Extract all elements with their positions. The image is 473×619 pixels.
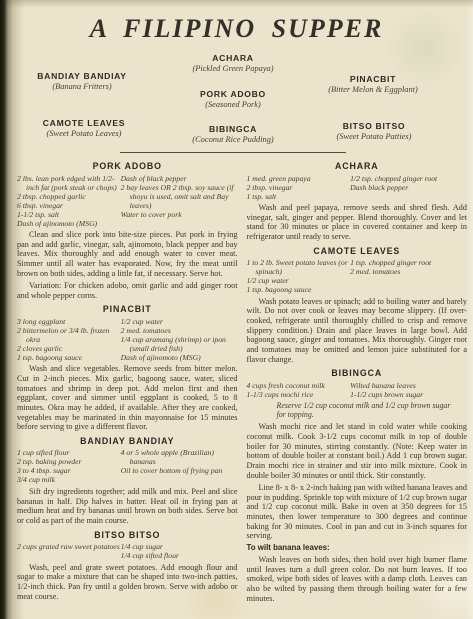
recipe-achara: ACHARA 1 med. green papaya 2 tbsp. vineg… <box>247 161 468 242</box>
recipe-title: PORK ADOBO <box>17 161 238 171</box>
recipe-title: ACHARA <box>247 161 468 171</box>
recipe-bitso-bitso: BITSO BITSO 2 cups grated raw sweet pota… <box>17 530 238 602</box>
ingredient-item: 1-1/2 cups brown sugar <box>350 390 467 399</box>
menu-dish-name: PORK ADOBO <box>200 89 266 99</box>
ingredient-item: 6 tbsp. vinegar <box>17 201 121 210</box>
ingredient-item: 2 lbs. lean pork edged with 1/2-inch fat… <box>17 174 121 192</box>
menu-dish-name: PINACBIT <box>328 74 418 84</box>
recipe-title: PINACBIT <box>17 304 238 314</box>
menu-dish-name: BITSO BITSO <box>337 121 412 131</box>
ingredient-item: 1/4 cup sifted flour <box>121 551 238 560</box>
ingredient-item: 1-1/2 tsp. salt <box>17 210 121 219</box>
ingredient-item: 3/4 cup milk <box>17 475 121 484</box>
menu-dish-subtitle: (Sweet Potato Patties) <box>337 132 412 141</box>
ingredient-item: 4 or 5 whole apple (Brazilian) bananas <box>121 448 238 466</box>
ingredient-item: 2 cloves garlic <box>17 344 121 353</box>
recipe-instructions: Wash, peel and grate sweet potatoes. Add… <box>17 563 238 602</box>
recipe-pork-adobo: PORK ADOBO 2 lbs. lean pork edged with 1… <box>17 161 238 300</box>
recipe-title: BIBINGCA <box>247 368 468 378</box>
ingredient-item: 1-1/3 cups mochi rice <box>247 390 351 399</box>
ingredient-item: 1 tsp. chopped ginger root <box>350 258 467 267</box>
ingredient-item: 2 tsp. baking powder <box>17 457 121 466</box>
ingredient-lists: 2 lbs. lean pork edged with 1/2-inch fat… <box>17 174 238 228</box>
recipe-note: Reserve 1/2 cup coconut milk and 1/2 cup… <box>277 401 460 420</box>
menu-divider <box>120 152 346 153</box>
ingredient-lists: 1 med. green papaya 2 tbsp. vinegar 1 ts… <box>247 174 468 201</box>
menu-dish-name: BANDIAY BANDIAY <box>37 71 126 81</box>
menu-dish-subtitle: (Coconut Rice Pudding) <box>192 135 273 144</box>
page-header: A FILIPINO SUPPER <box>0 14 473 44</box>
recipe-instructions: Clean and slice pork into bite-size piec… <box>17 230 238 278</box>
ingredient-item: Water to cover pork <box>121 210 238 219</box>
ingredient-item: Dash black pepper <box>350 183 467 192</box>
recipe-pinacbit: PINACBIT 3 long eggplant 2 bittermelon o… <box>17 304 238 432</box>
recipe-title: BANDIAY BANDIAY <box>17 436 238 446</box>
ingredient-item: 1 tsp. salt <box>247 192 351 201</box>
menu-item-bandiay: BANDIAY BANDIAY (Banana Fritters) <box>37 71 126 91</box>
ingredient-lists: 4 cups fresh coconut milk 1-1/3 cups moc… <box>247 381 468 399</box>
menu-dish-name: ACHARA <box>192 53 273 63</box>
ingredient-lists: 1 cup sifted flour 2 tsp. baking powder … <box>17 448 238 484</box>
ingredient-item: 1/2 cup water <box>121 317 238 326</box>
ingredient-item: Dash of ajinomoto (MSG) <box>121 353 238 362</box>
menu-item-bitso: BITSO BITSO (Sweet Potato Patties) <box>337 121 412 141</box>
menu-dish-subtitle: (Seasoned Pork) <box>200 100 266 109</box>
ingredient-lists: 2 cups grated raw sweet potatoes 1/4 cup… <box>17 542 238 560</box>
menu-dish-subtitle: (Sweet Potato Leaves) <box>43 129 125 138</box>
ingredient-item: 2 med. tomatoes <box>350 267 467 276</box>
ingredient-item: 1 tsp. bagoong sauce <box>17 353 121 362</box>
ingredient-item: Dash of ajinomoto (MSG) <box>17 219 121 228</box>
recipe-bandiay-bandiay: BANDIAY BANDIAY 1 cup sifted flour 2 tsp… <box>17 436 238 526</box>
ingredient-item: 2 med. tomatoes <box>121 326 238 335</box>
recipe-instructions: Sift dry ingredients together; add milk … <box>17 487 238 526</box>
recipe-instructions: Wash and slice vegetables. Remove seeds … <box>17 364 238 432</box>
menu-dish-name: CAMOTE LEAVES <box>43 118 125 128</box>
menu-item-pinacbit: PINACBIT (Bitter Melon & Eggplant) <box>328 74 418 94</box>
ingredient-lists: 1 to 2 lb. Sweet potato leaves (or spina… <box>247 258 468 294</box>
ingredient-item: 3 long eggplant <box>17 317 121 326</box>
recipe-instructions: Wash potato leaves or spinach; add to bo… <box>247 297 468 365</box>
ingredient-item: 2 bittermelon or 3/4 lb. frozen okra <box>17 326 121 344</box>
recipe-instructions: Line 8- x 8- x 2-inch baking pan with wi… <box>247 483 468 541</box>
ingredient-item: 1/2 tsp. chopped ginger root <box>350 174 467 183</box>
ingredient-item: 1/4 cup aramang (shrimp) or ipon (small … <box>121 335 238 353</box>
menu-item-bibingca: BIBINGCA (Coconut Rice Pudding) <box>192 124 273 144</box>
ingredient-item: 1 med. green papaya <box>247 174 351 183</box>
recipe-instructions: Wash mochi rice and let stand in cold wa… <box>247 422 468 480</box>
ingredient-item: Wilted banana leaves <box>350 381 467 390</box>
recipe-columns: PORK ADOBO 2 lbs. lean pork edged with 1… <box>17 157 467 606</box>
ingredient-item: 2 bay leaves OR 2 tbsp. soy sauce (if sh… <box>121 183 238 210</box>
ingredient-item: 2 tbsp. chopped garlic <box>17 192 121 201</box>
recipe-bibingca: BIBINGCA 4 cups fresh coconut milk 1-1/3… <box>247 368 468 603</box>
menu-dish-subtitle: (Bitter Melon & Eggplant) <box>328 85 418 94</box>
ingredient-lists: 3 long eggplant 2 bittermelon or 3/4 lb.… <box>17 317 238 362</box>
ingredient-item: 1 to 2 lb. Sweet potato leaves (or spina… <box>247 258 351 276</box>
recipe-title: CAMOTE LEAVES <box>247 246 468 256</box>
ingredient-item: Dash of black pepper <box>121 174 238 183</box>
ingredient-item: 3 to 4 tbsp. sugar <box>17 466 121 475</box>
ingredient-item: 2 tbsp. vinegar <box>247 183 351 192</box>
cookbook-page: A FILIPINO SUPPER ACHARA (Pickled Green … <box>0 0 473 619</box>
recipe-title: BITSO BITSO <box>17 530 238 540</box>
left-column: PORK ADOBO 2 lbs. lean pork edged with 1… <box>17 157 238 606</box>
ingredient-item: 1 tsp. bagoong sauce <box>247 285 351 294</box>
page-title: A FILIPINO SUPPER <box>0 14 473 44</box>
right-column: ACHARA 1 med. green papaya 2 tbsp. vineg… <box>247 157 468 606</box>
menu-item-pork-adobo: PORK ADOBO (Seasoned Pork) <box>200 89 266 109</box>
recipe-variation: Variation: For chicken adobo, omit garli… <box>17 281 238 300</box>
recipe-subheading: To wilt banana leaves: <box>247 543 468 552</box>
menu-dish-subtitle: (Pickled Green Papaya) <box>192 64 273 73</box>
menu-dish-subtitle: (Banana Fritters) <box>37 82 126 91</box>
menu-dish-name: BIBINGCA <box>192 124 273 134</box>
ingredient-item: 1/4 cup sugar <box>121 542 238 551</box>
ingredient-item: 2 cups grated raw sweet potatoes <box>17 542 121 551</box>
menu-item-camote: CAMOTE LEAVES (Sweet Potato Leaves) <box>43 118 125 138</box>
ingredient-item: 1 cup sifted flour <box>17 448 121 457</box>
ingredient-item: 4 cups fresh coconut milk <box>247 381 351 390</box>
menu-item-achara: ACHARA (Pickled Green Papaya) <box>192 53 273 73</box>
ingredient-item: 1/2 cup water <box>247 276 351 285</box>
ingredient-item: Oil to cover bottom of frying pan <box>121 466 238 475</box>
recipe-instructions: Wash leaves on both sides, then hold ove… <box>247 555 468 603</box>
recipe-instructions: Wash and peel papaya, remove seeds and s… <box>247 203 468 242</box>
recipe-camote-leaves: CAMOTE LEAVES 1 to 2 lb. Sweet potato le… <box>247 246 468 365</box>
